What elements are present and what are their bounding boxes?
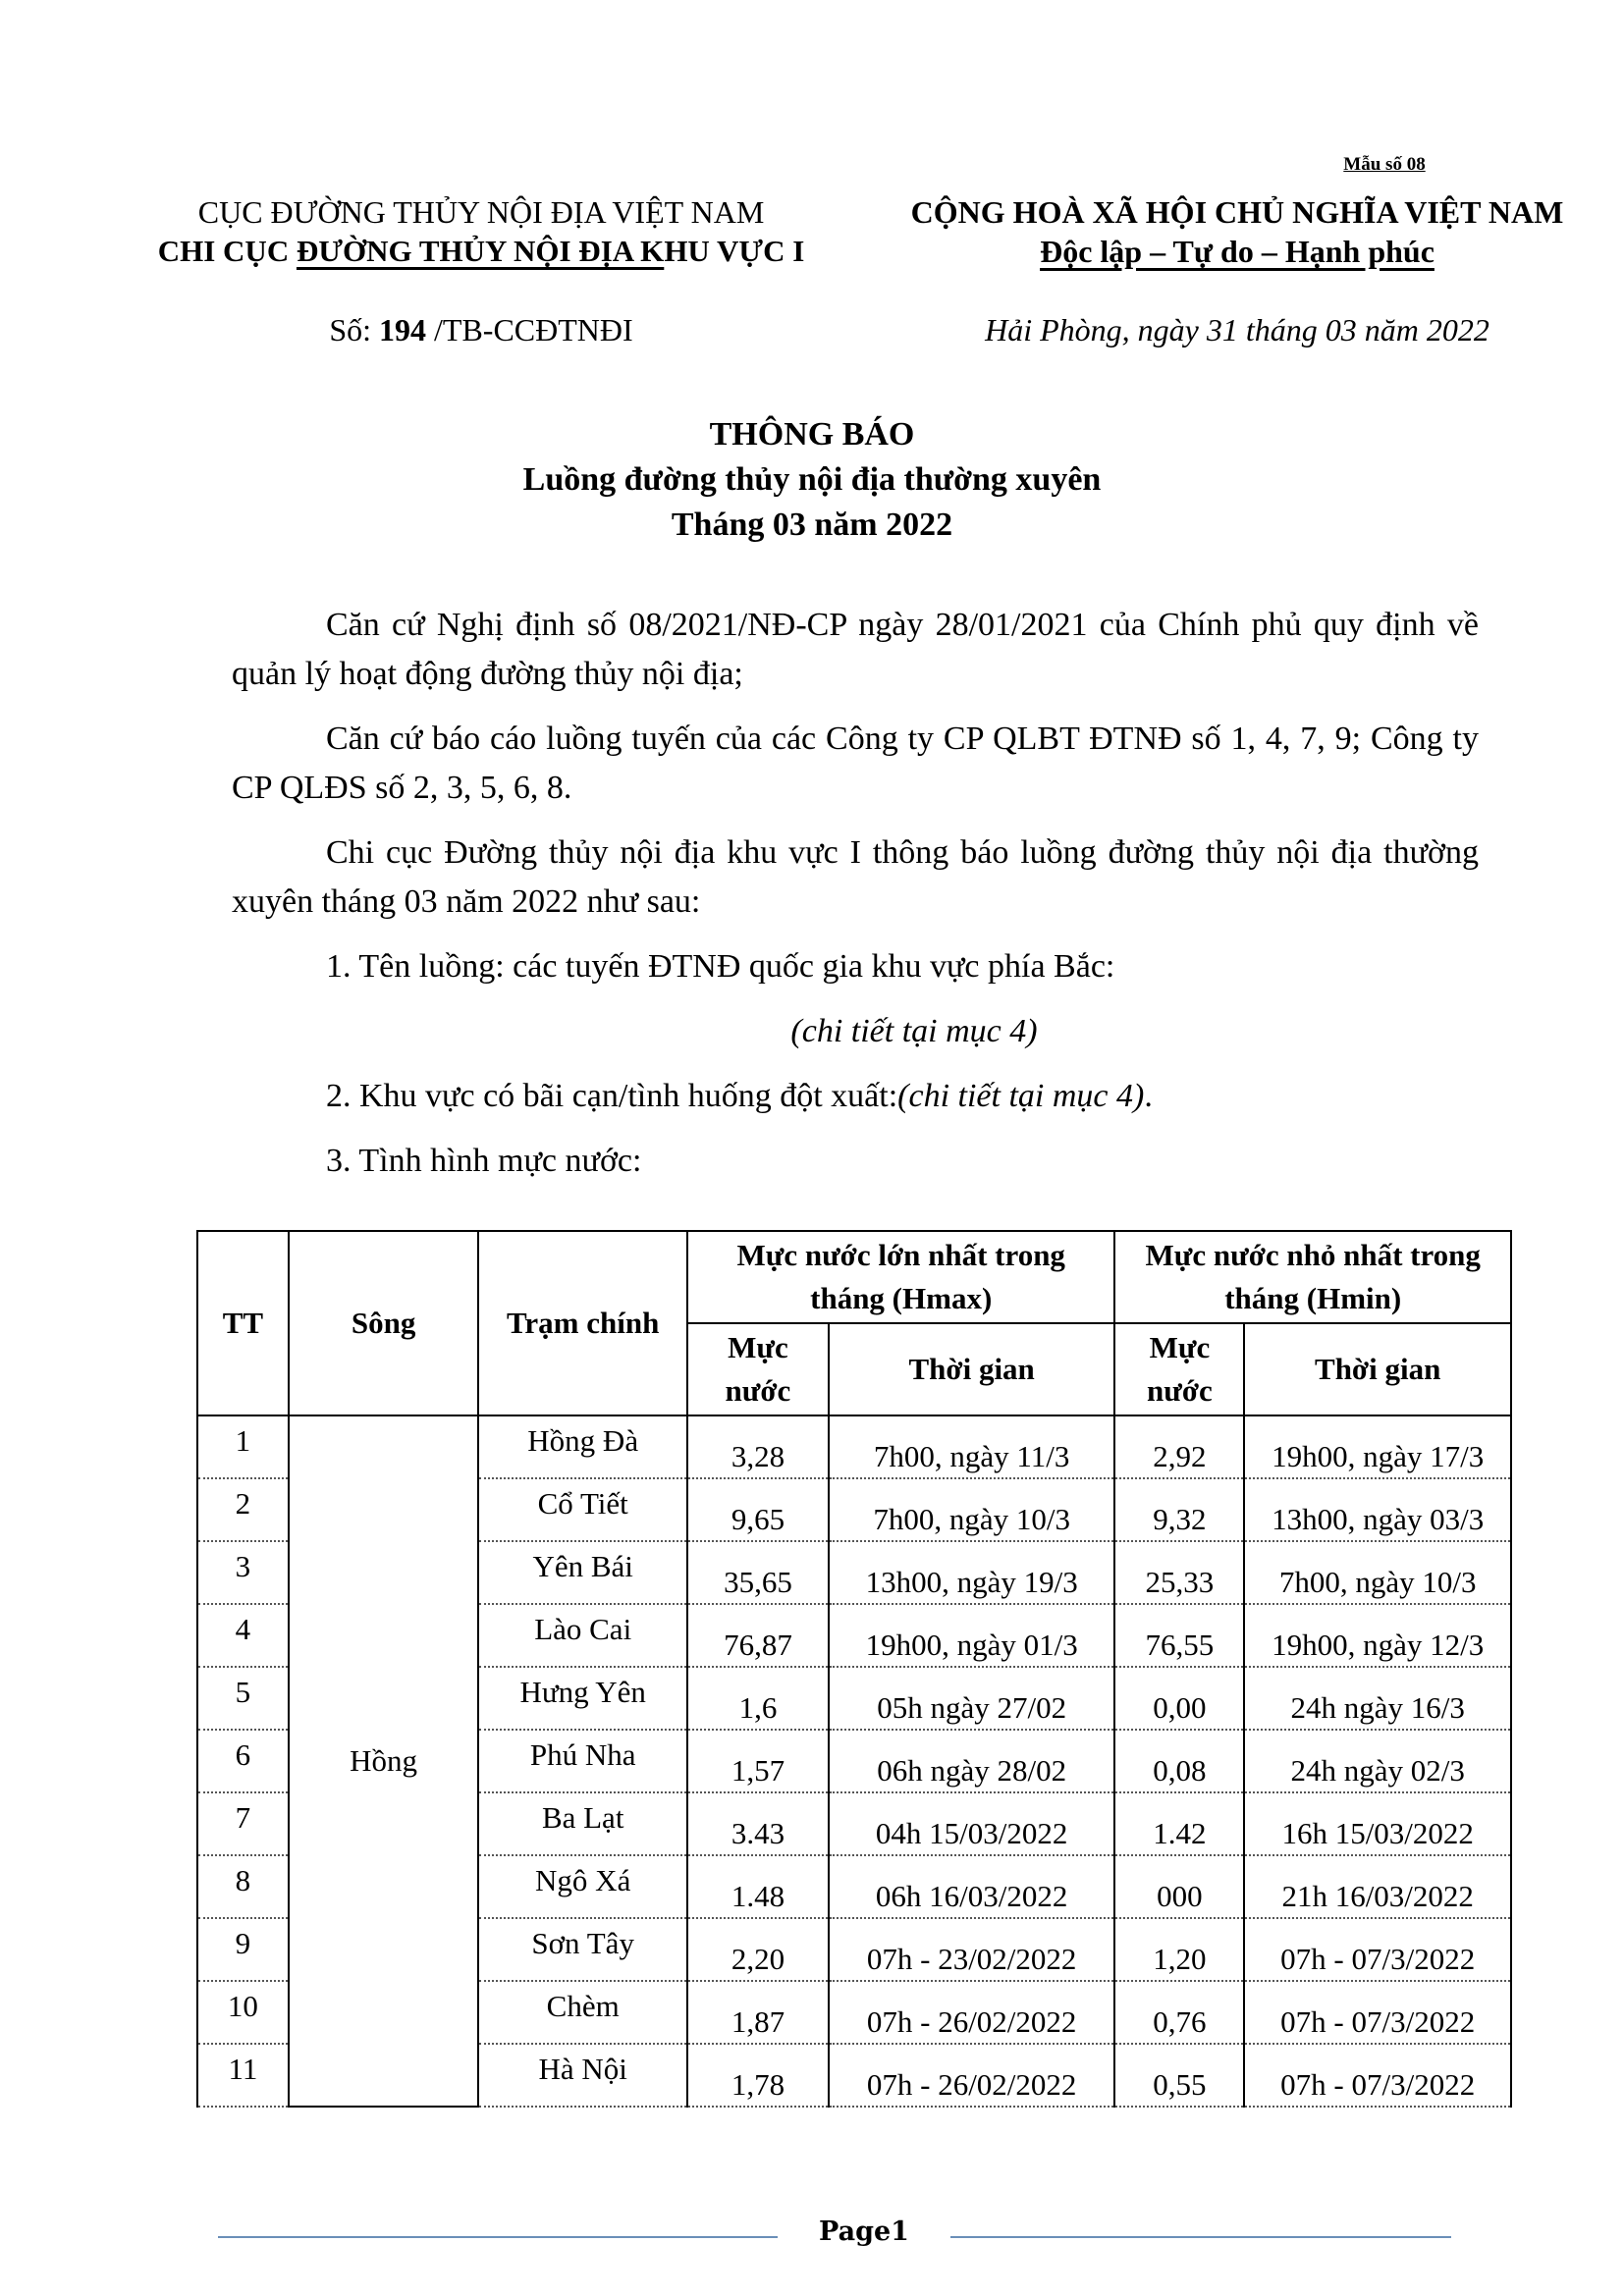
item-1-note: (chi tiết tại mục 4) xyxy=(232,1007,1479,1056)
form-label: Mẫu số 08 xyxy=(1326,154,1443,176)
cell-min-time: 19h00, ngày 17/3 xyxy=(1244,1415,1511,1478)
org-suffix: HU VỰC I xyxy=(664,234,804,268)
cell-station: Hưng Yên xyxy=(478,1667,687,1730)
cell-min-time-text: 7h00, ngày 10/3 xyxy=(1279,1565,1477,1599)
cell-min-level: 25,33 xyxy=(1114,1541,1244,1604)
item-3: 3. Tình hình mực nước: xyxy=(232,1137,1479,1186)
cell-min-time-text: 24h ngày 02/3 xyxy=(1290,1753,1464,1788)
cell-max-level: 9,65 xyxy=(687,1478,829,1541)
cell-min-time: 21h 16/03/2022 xyxy=(1244,1855,1511,1918)
cell-min-level: 0,00 xyxy=(1114,1667,1244,1730)
cell-max-time: 13h00, ngày 19/3 xyxy=(829,1541,1115,1604)
cell-station-text: Sơn Tây xyxy=(531,1926,634,1960)
cell-tt-text: 1 xyxy=(236,1423,251,1458)
cell-min-level-text: 1.42 xyxy=(1153,1816,1206,1850)
title-main: THÔNG BÁO xyxy=(0,412,1624,457)
cell-tt: 4 xyxy=(197,1604,289,1667)
cell-station-text: Lào Cai xyxy=(534,1612,631,1646)
cell-min-time: 19h00, ngày 12/3 xyxy=(1244,1604,1511,1667)
cell-station-text: Hưng Yên xyxy=(519,1675,645,1709)
cell-tt: 6 xyxy=(197,1730,289,1792)
basis-paragraph-2: Căn cứ báo cáo luồng tuyến của các Công … xyxy=(232,715,1479,813)
cell-max-time-text: 13h00, ngày 19/3 xyxy=(866,1565,1078,1599)
cell-station-text: Hà Nội xyxy=(538,2052,626,2086)
cell-station: Hà Nội xyxy=(478,2044,687,2107)
cell-station-text: Cổ Tiết xyxy=(538,1486,628,1521)
cell-tt-text: 8 xyxy=(236,1863,251,1897)
cell-min-time-text: 07h - 07/3/2022 xyxy=(1280,1942,1475,1976)
cell-tt-text: 2 xyxy=(236,1486,251,1521)
cell-max-time-text: 07h - 26/02/2022 xyxy=(867,2004,1077,2039)
cell-min-level: 1.42 xyxy=(1114,1792,1244,1855)
cell-max-level: 3,28 xyxy=(687,1415,829,1478)
cell-tt: 7 xyxy=(197,1792,289,1855)
cell-max-time-text: 19h00, ngày 01/3 xyxy=(866,1628,1078,1662)
cell-tt-text: 6 xyxy=(236,1737,251,1772)
cell-max-time-text: 7h00, ngày 11/3 xyxy=(874,1439,1069,1473)
cell-min-time-text: 24h ngày 16/3 xyxy=(1290,1690,1464,1725)
cell-station-text: Hồng Đà xyxy=(527,1423,638,1458)
cell-max-time: 7h00, ngày 10/3 xyxy=(829,1478,1115,1541)
issuer-header: CỤC ĐƯỜNG THỦY NỘI ĐỊA VIỆT NAM CHI CỤC … xyxy=(108,192,854,271)
header-max-time: Thời gian xyxy=(829,1323,1115,1415)
water-level-table: TT Sông Trạm chính Mực nước lớn nhất tro… xyxy=(196,1230,1512,2108)
cell-tt: 8 xyxy=(197,1855,289,1918)
cell-max-time: 04h 15/03/2022 xyxy=(829,1792,1115,1855)
cell-max-level: 3.43 xyxy=(687,1792,829,1855)
cell-max-level-text: 1.48 xyxy=(731,1879,785,1913)
cell-tt: 2 xyxy=(197,1478,289,1541)
cell-max-level: 1,6 xyxy=(687,1667,829,1730)
doc-no-value: 194 xyxy=(379,312,426,347)
parent-organization: CỤC ĐƯỜNG THỦY NỘI ĐỊA VIỆT NAM xyxy=(108,192,854,232)
cell-min-level-text: 9,32 xyxy=(1153,1502,1206,1536)
item-2-end: . xyxy=(1144,1078,1153,1114)
cell-min-level: 9,32 xyxy=(1114,1478,1244,1541)
cell-min-level-text: 000 xyxy=(1157,1879,1203,1913)
cell-tt: 9 xyxy=(197,1918,289,1981)
cell-max-time: 07h - 26/02/2022 xyxy=(829,1981,1115,2044)
org-underlined: ĐƯỜNG THỦY NỘI ĐỊA K xyxy=(297,234,664,268)
cell-max-level-text: 1,57 xyxy=(731,1753,785,1788)
cell-station: Yên Bái xyxy=(478,1541,687,1604)
cell-max-level: 2,20 xyxy=(687,1918,829,1981)
header-hmax: Mực nước lớn nhất trong tháng (Hmax) xyxy=(687,1231,1114,1323)
header-min-level: Mực nước xyxy=(1114,1323,1244,1415)
cell-max-time-text: 06h ngày 28/02 xyxy=(877,1753,1066,1788)
cell-max-level: 35,65 xyxy=(687,1541,829,1604)
cell-tt-text: 5 xyxy=(236,1675,251,1709)
cell-min-level: 0,55 xyxy=(1114,2044,1244,2107)
national-motto: Độc lập – Tự do – Hạnh phúc xyxy=(1040,234,1435,269)
cell-tt-text: 3 xyxy=(236,1549,251,1583)
cell-max-time-text: 07h - 26/02/2022 xyxy=(867,2067,1077,2102)
cell-tt-text: 10 xyxy=(228,1989,258,2023)
cell-max-time: 07h - 26/02/2022 xyxy=(829,2044,1115,2107)
cell-min-level-text: 0,76 xyxy=(1153,2004,1206,2039)
cell-tt-text: 9 xyxy=(236,1926,251,1960)
cell-min-time-text: 19h00, ngày 12/3 xyxy=(1272,1628,1484,1662)
cell-max-level-text: 3.43 xyxy=(731,1816,785,1850)
cell-max-level: 76,87 xyxy=(687,1604,829,1667)
cell-min-time: 24h ngày 16/3 xyxy=(1244,1667,1511,1730)
cell-max-time: 19h00, ngày 01/3 xyxy=(829,1604,1115,1667)
cell-max-level-text: 2,20 xyxy=(731,1942,785,1976)
cell-min-level-text: 0,55 xyxy=(1153,2067,1206,2102)
doc-no-suffix: /TB-CCĐTNĐI xyxy=(426,312,633,347)
cell-tt: 10 xyxy=(197,1981,289,2044)
footer-rule-left xyxy=(218,2236,778,2238)
cell-tt-text: 11 xyxy=(228,2052,257,2086)
cell-river-text: Hồng xyxy=(350,1743,417,1778)
header-station: Trạm chính xyxy=(478,1231,687,1415)
cell-min-time: 13h00, ngày 03/3 xyxy=(1244,1478,1511,1541)
place-and-date: Hải Phòng, ngày 31 tháng 03 năm 2022 xyxy=(854,312,1620,348)
cell-min-time: 07h - 07/3/2022 xyxy=(1244,2044,1511,2107)
cell-max-time: 05h ngày 27/02 xyxy=(829,1667,1115,1730)
cell-min-time-text: 07h - 07/3/2022 xyxy=(1280,2067,1475,2102)
cell-min-time: 16h 15/03/2022 xyxy=(1244,1792,1511,1855)
cell-tt: 3 xyxy=(197,1541,289,1604)
cell-station: Phú Nha xyxy=(478,1730,687,1792)
cell-tt-text: 7 xyxy=(236,1800,251,1835)
cell-max-level: 1,57 xyxy=(687,1730,829,1792)
cell-max-level-text: 35,65 xyxy=(724,1565,792,1599)
table-row: 1HồngHồng Đà3,287h00, ngày 11/32,9219h00… xyxy=(197,1415,1511,1478)
cell-station: Lào Cai xyxy=(478,1604,687,1667)
cell-station: Sơn Tây xyxy=(478,1918,687,1981)
announcement-paragraph: Chi cục Đường thủy nội địa khu vực I thô… xyxy=(232,828,1479,927)
cell-min-time: 07h - 07/3/2022 xyxy=(1244,1918,1511,1981)
cell-min-time-text: 19h00, ngày 17/3 xyxy=(1272,1439,1484,1473)
cell-min-level: 000 xyxy=(1114,1855,1244,1918)
document-title: THÔNG BÁO Luồng đường thủy nội địa thườn… xyxy=(0,412,1624,548)
cell-min-time-text: 07h - 07/3/2022 xyxy=(1280,2004,1475,2039)
cell-min-time: 07h - 07/3/2022 xyxy=(1244,1981,1511,2044)
cell-tt: 1 xyxy=(197,1415,289,1478)
cell-station: Hồng Đà xyxy=(478,1415,687,1478)
page-number: Page1 xyxy=(785,2216,943,2247)
cell-tt-text: 4 xyxy=(236,1612,251,1646)
cell-max-level: 1,87 xyxy=(687,1981,829,2044)
cell-min-level: 0,08 xyxy=(1114,1730,1244,1792)
cell-min-time-text: 21h 16/03/2022 xyxy=(1281,1879,1473,1913)
cell-min-level-text: 0,00 xyxy=(1153,1690,1206,1725)
cell-max-level-text: 1,78 xyxy=(731,2067,785,2102)
document-body: Căn cứ Nghị định số 08/2021/NĐ-CP ngày 2… xyxy=(232,601,1479,1201)
cell-max-level: 1,78 xyxy=(687,2044,829,2107)
item-2-note: (chi tiết tại mục 4) xyxy=(897,1078,1144,1114)
footer-rule-right xyxy=(950,2236,1451,2238)
cell-station: Cổ Tiết xyxy=(478,1478,687,1541)
cell-max-time-text: 04h 15/03/2022 xyxy=(876,1816,1067,1850)
cell-min-level: 76,55 xyxy=(1114,1604,1244,1667)
cell-min-level: 2,92 xyxy=(1114,1415,1244,1478)
cell-max-time: 06h ngày 28/02 xyxy=(829,1730,1115,1792)
cell-tt: 11 xyxy=(197,2044,289,2107)
cell-min-time: 24h ngày 02/3 xyxy=(1244,1730,1511,1792)
cell-min-level-text: 0,08 xyxy=(1153,1753,1206,1788)
cell-tt: 5 xyxy=(197,1667,289,1730)
cell-station-text: Yên Bái xyxy=(532,1549,632,1583)
header-max-level: Mực nước xyxy=(687,1323,829,1415)
cell-max-time-text: 05h ngày 27/02 xyxy=(877,1690,1066,1725)
basis-paragraph-1: Căn cứ Nghị định số 08/2021/NĐ-CP ngày 2… xyxy=(232,601,1479,699)
issuing-organization: CHI CỤC ĐƯỜNG THỦY NỘI ĐỊA KHU VỰC I xyxy=(108,232,854,271)
cell-station: Ba Lạt xyxy=(478,1792,687,1855)
cell-station-text: Ngô Xá xyxy=(535,1863,630,1897)
cell-max-time: 7h00, ngày 11/3 xyxy=(829,1415,1115,1478)
cell-min-level-text: 76,55 xyxy=(1146,1628,1215,1662)
cell-max-time: 07h - 23/02/2022 xyxy=(829,1918,1115,1981)
cell-max-time-text: 07h - 23/02/2022 xyxy=(867,1942,1077,1976)
cell-station: Ngô Xá xyxy=(478,1855,687,1918)
cell-max-level-text: 1,87 xyxy=(731,2004,785,2039)
header-river: Sông xyxy=(289,1231,479,1415)
page-footer: Page1 xyxy=(0,2216,1624,2256)
cell-max-time-text: 7h00, ngày 10/3 xyxy=(873,1502,1070,1536)
header-hmin: Mực nước nhỏ nhất trong tháng (Hmin) xyxy=(1114,1231,1511,1323)
item-1: 1. Tên luồng: các tuyến ĐTNĐ quốc gia kh… xyxy=(232,942,1479,991)
cell-min-level: 1,20 xyxy=(1114,1918,1244,1981)
org-prefix: CHI CỤC xyxy=(158,234,297,268)
cell-station-text: Phú Nha xyxy=(530,1737,636,1772)
cell-station: Chèm xyxy=(478,1981,687,2044)
cell-max-level-text: 1,6 xyxy=(739,1690,778,1725)
item-2-text: 2. Khu vực có bãi cạn/tình huống đột xuấ… xyxy=(326,1078,897,1114)
cell-min-level-text: 2,92 xyxy=(1153,1439,1206,1473)
header-tt: TT xyxy=(197,1231,289,1415)
title-subject: Luồng đường thủy nội địa thường xuyên xyxy=(0,457,1624,503)
item-2: 2. Khu vực có bãi cạn/tình huống đột xuấ… xyxy=(232,1072,1479,1121)
cell-min-time: 7h00, ngày 10/3 xyxy=(1244,1541,1511,1604)
cell-station-text: Ba Lạt xyxy=(542,1800,624,1835)
header-min-time: Thời gian xyxy=(1244,1323,1511,1415)
cell-min-time-text: 13h00, ngày 03/3 xyxy=(1272,1502,1484,1536)
cell-min-level-text: 25,33 xyxy=(1146,1565,1215,1599)
cell-max-time: 06h 16/03/2022 xyxy=(829,1855,1115,1918)
cell-max-level-text: 76,87 xyxy=(724,1628,792,1662)
cell-min-time-text: 16h 15/03/2022 xyxy=(1281,1816,1473,1850)
nation-name: CỘNG HOÀ XÃ HỘI CHỦ NGHĨA VIỆT NAM xyxy=(854,192,1620,232)
cell-max-time-text: 06h 16/03/2022 xyxy=(876,1879,1067,1913)
cell-max-level-text: 9,65 xyxy=(731,1502,785,1536)
cell-min-level-text: 1,20 xyxy=(1153,1942,1206,1976)
document-number: Số: 194 /TB-CCĐTNĐI xyxy=(108,312,854,348)
cell-max-level: 1.48 xyxy=(687,1855,829,1918)
doc-no-prefix: Số: xyxy=(329,312,379,347)
cell-river: Hồng xyxy=(289,1415,479,2107)
national-header: CỘNG HOÀ XÃ HỘI CHỦ NGHĨA VIỆT NAM Độc l… xyxy=(854,192,1620,271)
cell-min-level: 0,76 xyxy=(1114,1981,1244,2044)
cell-station-text: Chèm xyxy=(547,1989,620,2023)
cell-max-level-text: 3,28 xyxy=(731,1439,785,1473)
title-period: Tháng 03 năm 2022 xyxy=(0,503,1624,548)
